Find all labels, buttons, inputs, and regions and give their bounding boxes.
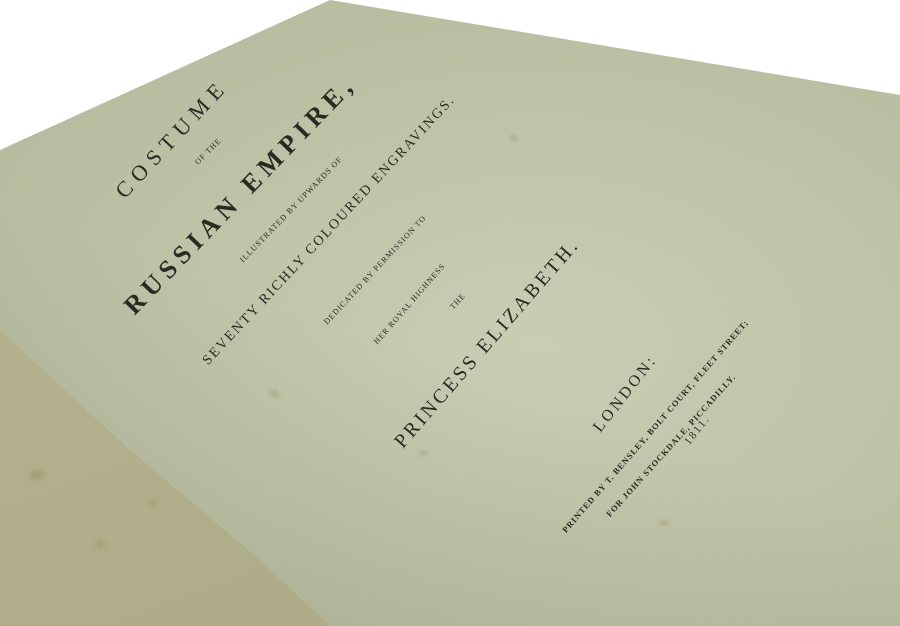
- book-photo: COSTUME OF THE RUSSIAN EMPIRE, ILLUSTRAT…: [0, 0, 900, 626]
- dedication-princess-elizabeth: PRINCESS ELIZABETH.: [390, 234, 585, 453]
- title-russian-empire: RUSSIAN EMPIRE,: [118, 69, 363, 321]
- subtitle-seventy-engravings: SEVENTY RICHLY COLOURED ENGRAVINGS.: [200, 93, 459, 369]
- dedication-the: THE: [448, 291, 467, 311]
- imprint-printer: PRINTED BY T. BENSLEY, BOLT COURT, FLEET…: [560, 318, 750, 535]
- dedication-royal-highness: HER ROYAL HIGHNESS: [372, 262, 447, 346]
- title-of-the: OF THE: [193, 136, 223, 166]
- title-page-text: COSTUME OF THE RUSSIAN EMPIRE, ILLUSTRAT…: [0, 0, 900, 626]
